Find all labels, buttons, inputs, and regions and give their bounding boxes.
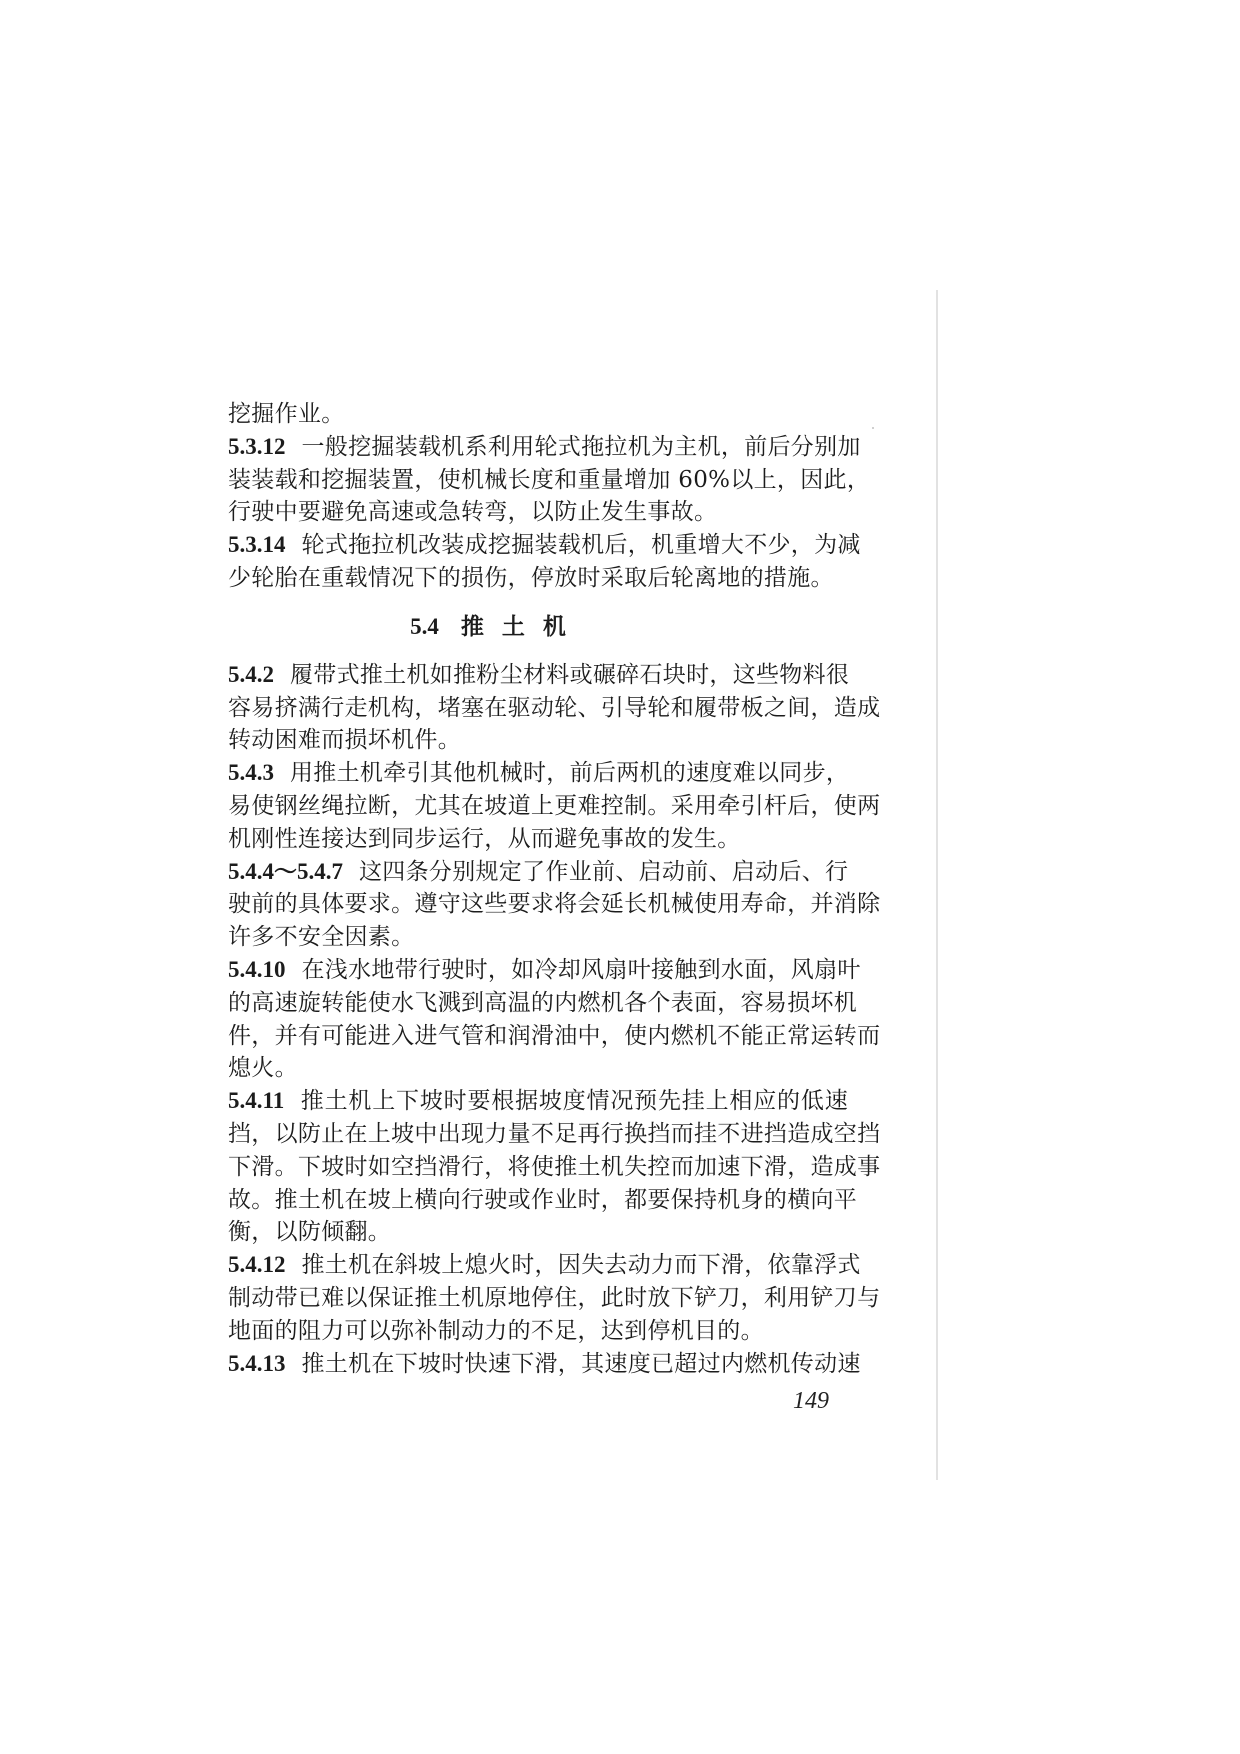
paragraph-5-4-10: 5.4.10在浅水地带行驶时，如冷却风扇叶接触到水面，风扇叶 的高速旋转能使水飞… xyxy=(228,954,848,1085)
paragraph-5-3-14: 5.3.14轮式拖拉机改装成挖掘装载机后，机重增大不少，为减 少轮胎在重载情况下… xyxy=(228,529,848,595)
line-text: 少轮胎在重载情况下的损伤，停放时采取后轮离地的措施。 xyxy=(228,565,834,591)
line-text: 装装载和挖掘装置，使机械长度和重量增加 60%以上，因此， xyxy=(228,467,870,493)
text-line: 的高速旋转能使水飞溅到高温的内燃机各个表面，容易损坏机 xyxy=(228,987,848,1020)
line-text: 转动困难而损坏机件。 xyxy=(228,727,461,753)
paragraph-5-4-2: 5.4.2履带式推土机如推粉尘材料或碾碎石块时，这些物料很 容易挤满行走机构，堵… xyxy=(228,659,848,757)
page-number: 149 xyxy=(793,1388,829,1415)
text-line: 熄火。 xyxy=(228,1052,848,1085)
paragraph-5-3-12: 5.3.12一般挖掘装载机系利用轮式拖拉机为主机，前后分别加 装装载和挖掘装置，… xyxy=(228,431,848,529)
text-line: 5.3.14轮式拖拉机改装成挖掘装载机后，机重增大不少，为减 xyxy=(228,529,848,562)
line-text: 推土机上下坡时要根据坡度情况预先挂上相应的低速 xyxy=(300,1088,848,1114)
section-title: 推土机 xyxy=(461,613,584,640)
text-line: 下滑。下坡时如空挡滑行，将使推土机失控而加速下滑，造成事 xyxy=(228,1151,848,1184)
text-line: 装装载和挖掘装置，使机械长度和重量增加 60%以上，因此， xyxy=(228,464,848,497)
text-line: 5.4.11推土机上下坡时要根据坡度情况预先挂上相应的低速 xyxy=(228,1085,848,1118)
line-text: 的高速旋转能使水飞溅到高温的内燃机各个表面，容易损坏机 xyxy=(228,990,857,1016)
line-text: 一般挖掘装载机系利用轮式拖拉机为主机，前后分别加 xyxy=(302,434,861,460)
text-line: 衡，以防倾翻。 xyxy=(228,1216,848,1249)
clause-number: 5.3.12 xyxy=(228,434,286,459)
section-heading: 5.4推土机 xyxy=(228,595,848,659)
line-text: 机刚性连接达到同步运行，从而避免事故的发生。 xyxy=(228,826,741,852)
text-line: 机刚性连接达到同步运行，从而避免事故的发生。 xyxy=(228,823,848,856)
text-line: 挡，以防止在上坡中出现力量不足再行换挡而挂不进挡造成空挡 xyxy=(228,1118,848,1151)
page-body: 挖掘作业。 5.3.12一般挖掘装载机系利用轮式拖拉机为主机，前后分别加 装装载… xyxy=(228,398,848,1380)
clause-number: 5.4.11 xyxy=(228,1088,284,1113)
line-text: 推土机在斜坡上熄火时，因失去动力而下滑，依靠浮式 xyxy=(302,1252,861,1278)
text-line: 5.4.10在浅水地带行驶时，如冷却风扇叶接触到水面，风扇叶 xyxy=(228,954,848,987)
text-line: 5.4.12推土机在斜坡上熄火时，因失去动力而下滑，依靠浮式 xyxy=(228,1249,848,1282)
text-line: 制动带已难以保证推土机原地停住，此时放下铲刀，利用铲刀与 xyxy=(228,1282,848,1315)
line-text: 这四条分别规定了作业前、启动前、启动后、行 xyxy=(359,859,848,885)
line-text: 在浅水地带行驶时，如冷却风扇叶接触到水面，风扇叶 xyxy=(302,957,861,983)
clause-number: 5.4.4～5.4.7 xyxy=(228,859,343,884)
line-text: 轮式拖拉机改装成挖掘装载机后，机重增大不少，为减 xyxy=(302,532,861,558)
line-text: 制动带已难以保证推土机原地停住，此时放下铲刀，利用铲刀与 xyxy=(228,1285,880,1311)
line-text: 故。推土机在坡上横向行驶或作业时，都要保持机身的横向平 xyxy=(228,1187,857,1213)
text-line: 驶前的具体要求。遵守这些要求将会延长机械使用寿命，并消除 xyxy=(228,888,848,921)
clause-number: 5.4.12 xyxy=(228,1252,286,1277)
text-line: 件，并有可能进入进气管和润滑油中，使内燃机不能正常运转而 xyxy=(228,1020,848,1053)
paragraph-5-4-13: 5.4.13推土机在下坡时快速下滑，其速度已超过内燃机传动速 xyxy=(228,1348,848,1381)
section-number: 5.4 xyxy=(410,614,439,639)
clause-number: 5.4.10 xyxy=(228,957,286,982)
line-text: 熄火。 xyxy=(228,1055,298,1081)
text-line: 转动困难而损坏机件。 xyxy=(228,724,848,757)
line-text: 衡，以防倾翻。 xyxy=(228,1219,391,1245)
text-line: 5.4.13推土机在下坡时快速下滑，其速度已超过内燃机传动速 xyxy=(228,1348,848,1381)
text-line: 故。推土机在坡上横向行驶或作业时，都要保持机身的横向平 xyxy=(228,1184,848,1217)
clause-number: 5.4.3 xyxy=(228,760,274,785)
text-line: 许多不安全因素。 xyxy=(228,921,848,954)
line-text: 易使钢丝绳拉断，尤其在坡道上更难控制。采用牵引杆后，使两 xyxy=(228,793,880,819)
page-edge-rule xyxy=(936,290,938,1480)
text-line: 地面的阻力可以弥补制动力的不足，达到停机目的。 xyxy=(228,1315,848,1348)
paragraph-5-4-12: 5.4.12推土机在斜坡上熄火时，因失去动力而下滑，依靠浮式 制动带已难以保证推… xyxy=(228,1249,848,1347)
text-line: 5.3.12一般挖掘装载机系利用轮式拖拉机为主机，前后分别加 xyxy=(228,431,848,464)
text-line: 挖掘作业。 xyxy=(228,398,848,431)
text-line: 5.4.3用推土机牵引其他机械时，前后两机的速度难以同步， xyxy=(228,757,848,790)
line-text: 地面的阻力可以弥补制动力的不足，达到停机目的。 xyxy=(228,1318,764,1344)
text-line: 易使钢丝绳拉断，尤其在坡道上更难控制。采用牵引杆后，使两 xyxy=(228,790,848,823)
line-text: 履带式推土机如推粉尘材料或碾碎石块时，这些物料很 xyxy=(290,662,849,688)
line-text: 件，并有可能进入进气管和润滑油中，使内燃机不能正常运转而 xyxy=(228,1023,880,1049)
clause-number: 5.4.13 xyxy=(228,1351,286,1376)
line-text: 推土机在下坡时快速下滑，其速度已超过内燃机传动速 xyxy=(302,1351,861,1377)
line-text: 下滑。下坡时如空挡滑行，将使推土机失控而加速下滑，造成事 xyxy=(228,1154,880,1180)
text-line: 行驶中要避免高速或急转弯，以防止发生事故。 xyxy=(228,496,848,529)
text-line: 5.4.2履带式推土机如推粉尘材料或碾碎石块时，这些物料很 xyxy=(228,659,848,692)
line-text: 驶前的具体要求。遵守这些要求将会延长机械使用寿命，并消除 xyxy=(228,891,880,917)
scan-speck xyxy=(872,427,874,429)
line-text: 用推土机牵引其他机械时，前后两机的速度难以同步， xyxy=(290,760,849,786)
paragraph-5-4-4-to-5-4-7: 5.4.4～5.4.7这四条分别规定了作业前、启动前、启动后、行 驶前的具体要求… xyxy=(228,856,848,954)
paragraph-5-4-3: 5.4.3用推土机牵引其他机械时，前后两机的速度难以同步， 易使钢丝绳拉断，尤其… xyxy=(228,757,848,855)
clause-number: 5.4.2 xyxy=(228,662,274,687)
text-line: 5.4.4～5.4.7这四条分别规定了作业前、启动前、启动后、行 xyxy=(228,856,848,889)
paragraph-5-4-11: 5.4.11推土机上下坡时要根据坡度情况预先挂上相应的低速 挡，以防止在上坡中出… xyxy=(228,1085,848,1249)
line-text: 挖掘作业。 xyxy=(228,401,345,427)
text-line: 少轮胎在重载情况下的损伤，停放时采取后轮离地的措施。 xyxy=(228,562,848,595)
line-text: 容易挤满行走机构，堵塞在驱动轮、引导轮和履带板之间，造成 xyxy=(228,695,880,721)
clause-number: 5.3.14 xyxy=(228,532,286,557)
paragraph-continuation: 挖掘作业。 xyxy=(228,398,848,431)
text-line: 容易挤满行走机构，堵塞在驱动轮、引导轮和履带板之间，造成 xyxy=(228,692,848,725)
line-text: 挡，以防止在上坡中出现力量不足再行换挡而挂不进挡造成空挡 xyxy=(228,1121,880,1147)
line-text: 许多不安全因素。 xyxy=(228,924,414,950)
line-text: 行驶中要避免高速或急转弯，以防止发生事故。 xyxy=(228,499,717,525)
